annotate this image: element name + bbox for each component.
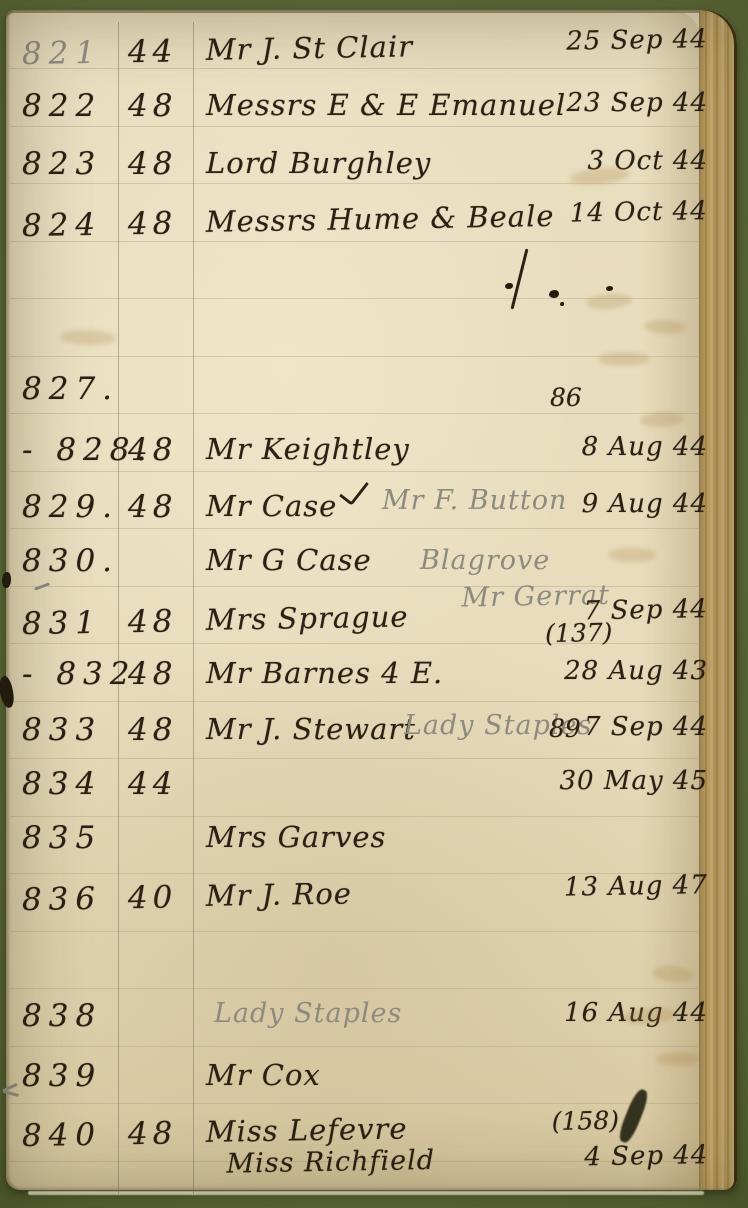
customer-name: Mrs Sprague [206, 599, 409, 637]
bore-size: 44 [128, 33, 178, 70]
ledger-scan: 82144Mr J. St Clair25 Sep 4482248Messrs … [0, 0, 748, 1208]
ledger-row: 835Mrs Garves [0, 820, 748, 872]
entry-date: 7 Sep 44 [556, 712, 708, 742]
customer-name: Miss Lefevre [206, 1111, 408, 1149]
entry-date: 30 May 45 [556, 766, 708, 796]
entry-date: 7 Sep 44 [556, 594, 709, 627]
ledger-row: 827.86 [0, 371, 748, 423]
reference-number: 86 [550, 383, 582, 412]
ledger-row: 8344430 May 45 [0, 766, 748, 818]
ledger-row: 82248Messrs E & E Emanuel23 Sep 44 [0, 88, 748, 140]
entry-number: - 832 [22, 656, 122, 692]
entry-number: 831 [22, 604, 123, 642]
entry-number: 823 [22, 146, 122, 182]
ledger-row: - 828.48Mr Keightley8 Aug 44 [0, 432, 748, 484]
margin-ink-blot [2, 572, 11, 588]
pencil-annotation-name: Lady Staples [214, 998, 402, 1029]
customer-name: Mr Barnes 4 E. [206, 656, 443, 690]
customer-name-secondary: Miss Richfield [226, 1145, 435, 1180]
bore-size: 48 [128, 712, 177, 748]
ledger-row: 83348Mr J. StewartLady Staples897 Sep 44 [0, 712, 748, 764]
customer-name: Mr Keightley [206, 432, 410, 466]
entry-date: 23 Sep 44 [556, 88, 708, 118]
pencil-annotation-name: Mr F. Button [382, 485, 567, 516]
bore-size: 48 [128, 432, 177, 468]
bore-size: 44 [128, 766, 177, 802]
bore-size: 48 [128, 1115, 178, 1152]
entry-number: 827. [22, 371, 122, 407]
entry-number: 834 [22, 766, 122, 802]
bleed-through-mark [598, 352, 650, 366]
bleed-through-mark [608, 548, 656, 562]
entry-date: 25 Sep 44 [556, 24, 709, 57]
customer-name: Mrs Garves [206, 820, 386, 854]
pencil-annotation-name: Blagrove [420, 545, 550, 576]
entry-date: 14 Oct 44 [556, 196, 709, 229]
customer-name: Mr G Case [206, 543, 372, 577]
entry-number: - 828. [22, 432, 122, 468]
customer-name: Mr J. St Clair [206, 29, 414, 67]
entry-date: 8 Aug 44 [556, 432, 708, 462]
ledger-row: 82348Lord Burghley3 Oct 44 [0, 146, 748, 198]
customer-name: Mr J. Stewart [206, 712, 416, 746]
ink-blot [505, 283, 513, 289]
ledger-row: - 83248Mr Barnes 4 E.28 Aug 43 [0, 656, 748, 708]
entry-number: 833 [22, 712, 122, 748]
bore-size: 40 [128, 879, 178, 916]
customer-name: Lord Burghley [206, 146, 431, 180]
entry-date: 13 Aug 47 [556, 870, 709, 903]
entry-number: 829. [22, 489, 122, 525]
entry-number: 836 [22, 880, 123, 918]
ruled-line [10, 356, 698, 357]
entry-number: 839 [22, 1058, 122, 1094]
ink-blot [549, 290, 559, 298]
ruled-line [10, 988, 698, 989]
ledger-row: 829.48Mr CaseMr F. Button9 Aug 44 [0, 489, 748, 541]
bore-size: 48 [128, 205, 178, 242]
page-bottom-edge-highlight [28, 1191, 704, 1195]
customer-name: Mr Cox [206, 1058, 321, 1092]
entry-date: 28 Aug 43 [556, 656, 708, 686]
entry-date: 9 Aug 44 [556, 489, 708, 519]
bore-size: 48 [128, 146, 177, 182]
bore-size: 48 [128, 656, 177, 692]
bore-size: 48 [128, 603, 178, 640]
bleed-through-mark [656, 1052, 700, 1066]
entry-number: 840 [22, 1116, 123, 1154]
bore-size: 48 [128, 88, 177, 124]
entry-number: 821 [22, 34, 123, 72]
reference-number: (158) [551, 1106, 619, 1136]
entry-number: 838 [22, 998, 122, 1034]
bore-size: 48 [128, 489, 177, 525]
entry-number: 835 [22, 820, 122, 856]
customer-name: Messrs E & E Emanuel [206, 88, 566, 122]
entry-date: 4 Sep 44 [556, 1140, 709, 1173]
entry-number: 824 [22, 206, 123, 244]
entry-number: 830. [22, 543, 122, 579]
customer-name: Mr Case [206, 489, 337, 523]
ink-blot [606, 286, 613, 291]
customer-name: Mr J. Roe [206, 876, 353, 913]
customer-name: Messrs Hume & Beale [206, 199, 555, 239]
entry-number: 822 [22, 88, 122, 124]
ink-blot [560, 302, 564, 306]
